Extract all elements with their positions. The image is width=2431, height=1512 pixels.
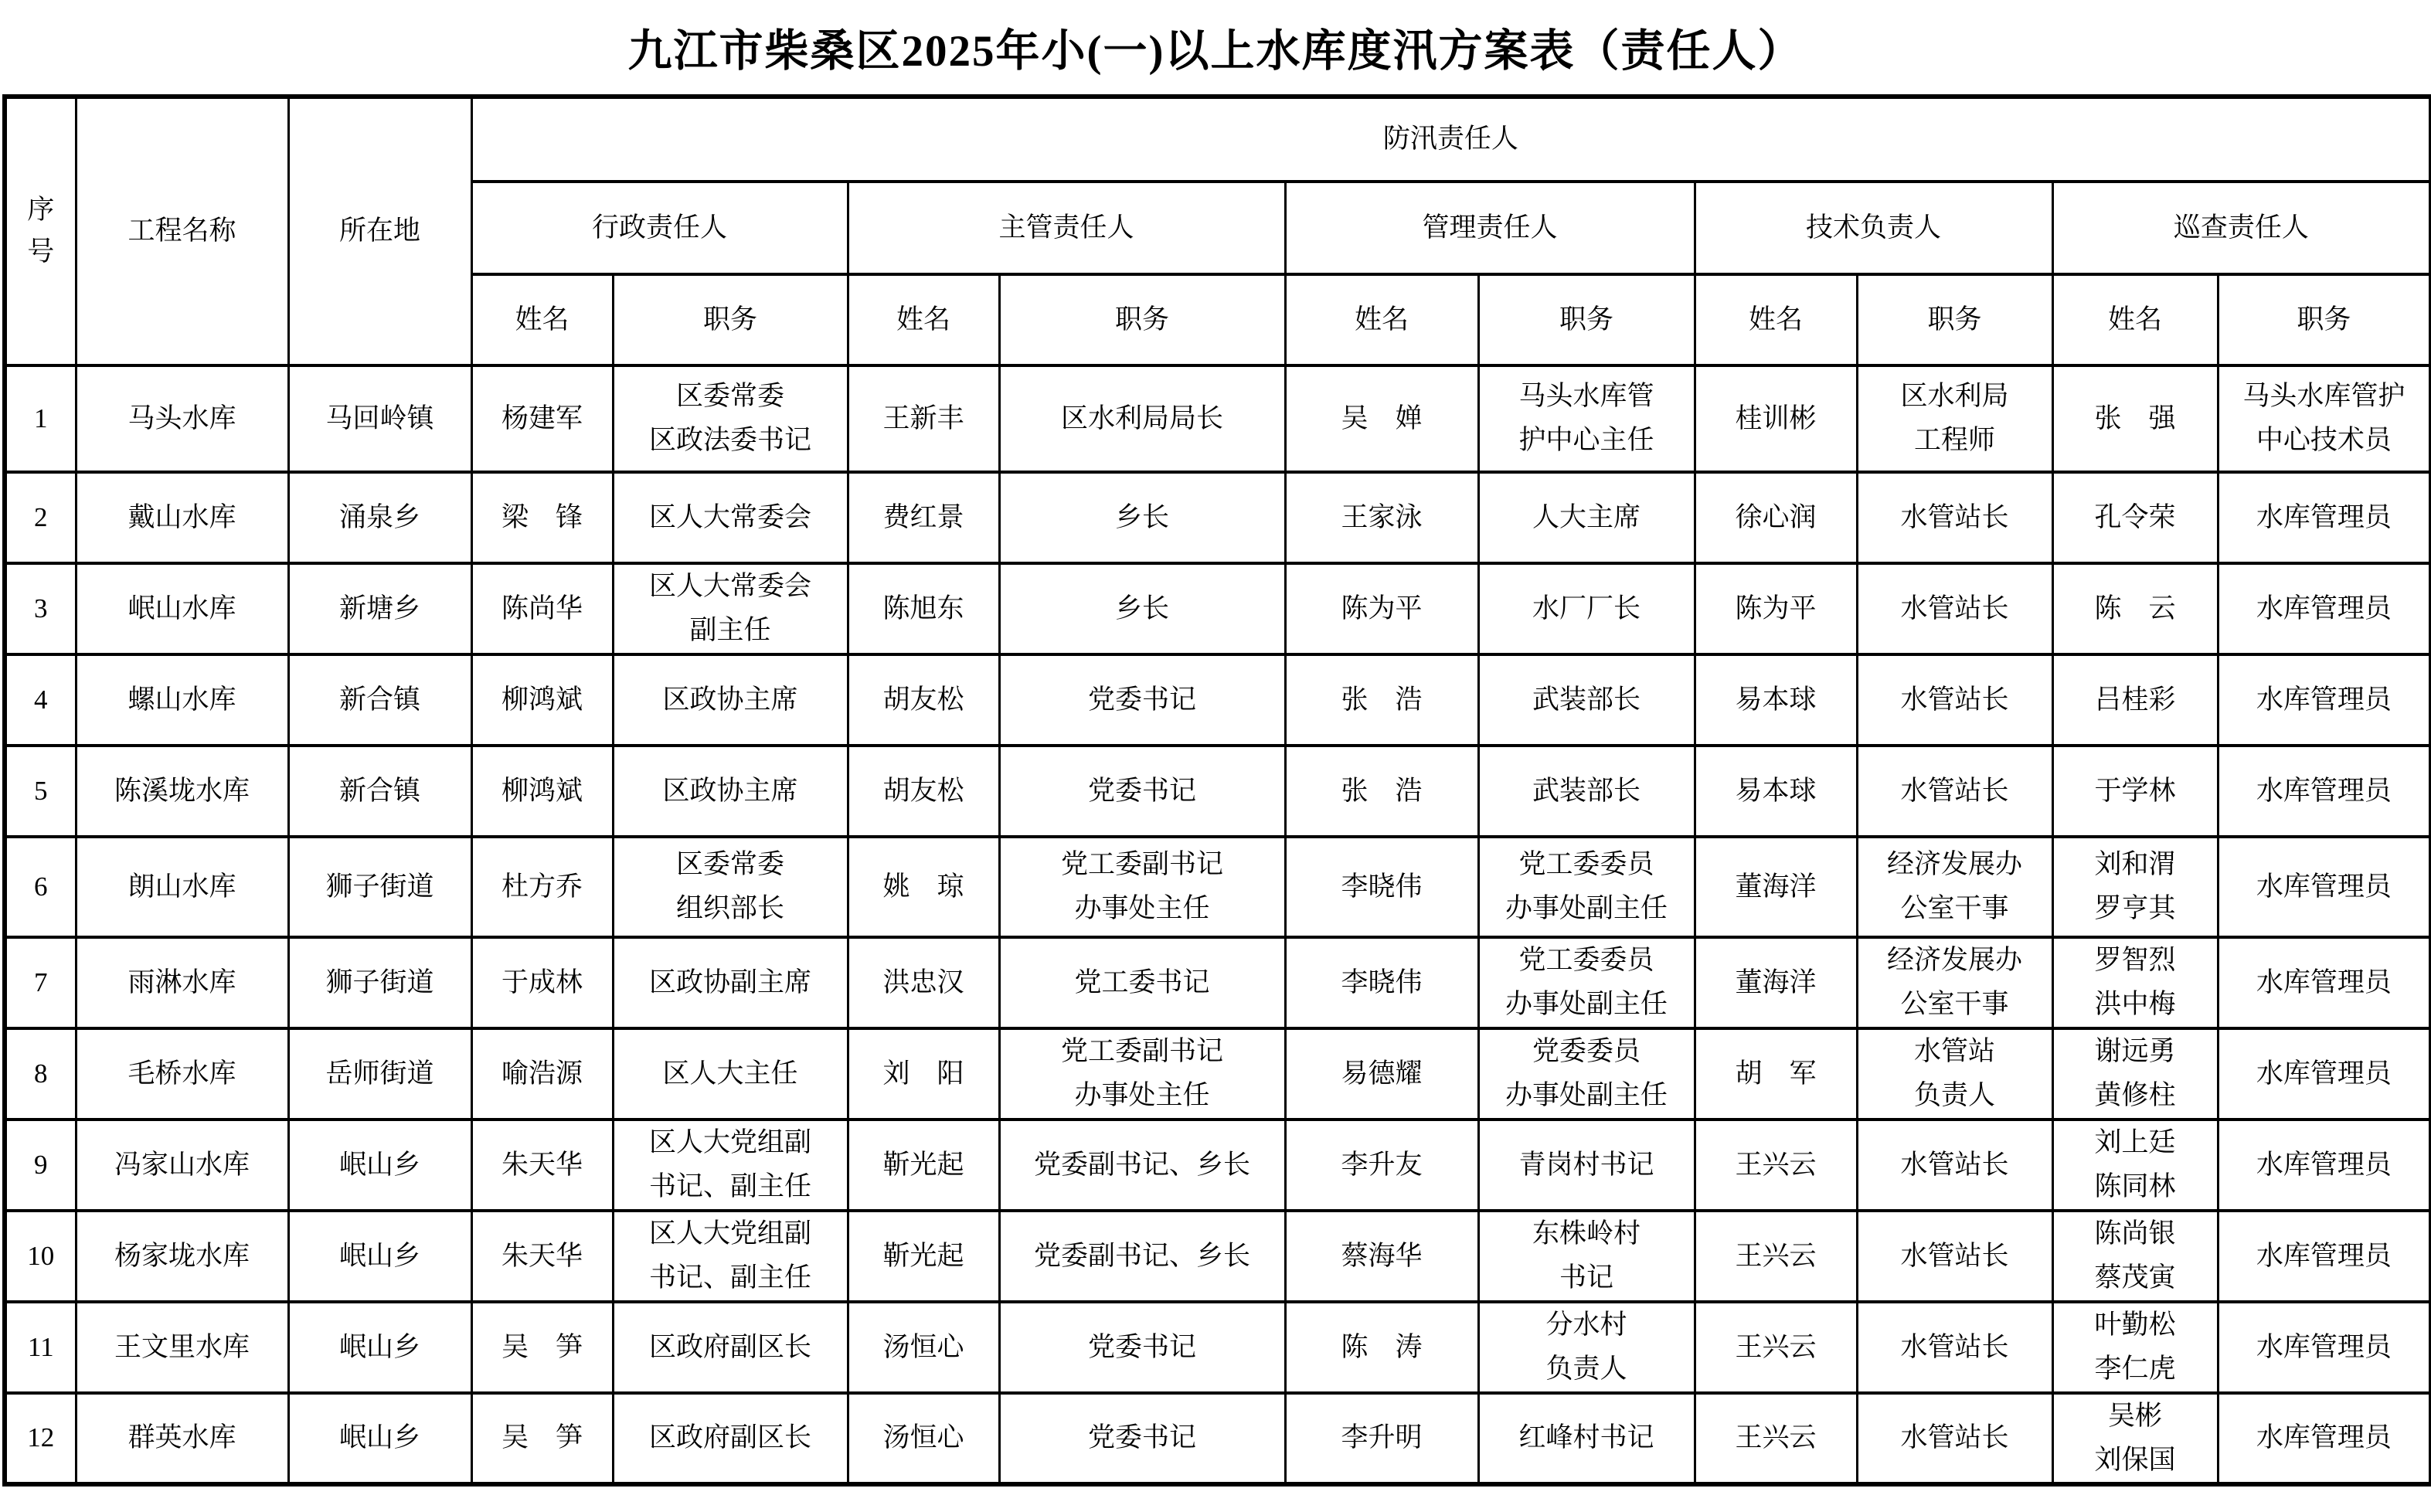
inspector-position-cell: 水库管理员 — [2218, 1302, 2431, 1393]
seq-cell: 8 — [5, 1028, 76, 1120]
header-technical-position: 职务 — [1857, 274, 2052, 365]
table-row: 12群英水库岷山乡吴 笋区政府副区长汤恒心党委书记李升明红峰村书记王兴云水管站长… — [5, 1393, 2431, 1484]
supervisor-position-cell: 区水利局局长 — [999, 365, 1285, 472]
table-row: 8毛桥水库岳师街道喻浩源区人大主任刘 阳党工委副书记 办事处主任易德耀党委委员 … — [5, 1028, 2431, 1120]
seq-cell: 9 — [5, 1120, 76, 1211]
admin-position-cell: 区政协副主席 — [613, 937, 848, 1028]
header-seq-label: 序号 — [25, 189, 56, 274]
header-row-group: 序号 工程名称 所在地 防汛责任人 — [5, 97, 2431, 182]
inspector-position-cell: 水库管理员 — [2218, 1028, 2431, 1120]
project-name-cell: 戴山水库 — [76, 472, 288, 563]
manager-name-cell: 张 浩 — [1285, 746, 1478, 837]
location-cell: 新塘乡 — [288, 563, 471, 654]
supervisor-position-cell: 党工委副书记 办事处主任 — [999, 1028, 1285, 1120]
admin-name-cell: 喻浩源 — [471, 1028, 613, 1120]
manager-position-cell: 红峰村书记 — [1478, 1393, 1695, 1484]
inspector-name-cell: 谢远勇 黄修柱 — [2052, 1028, 2218, 1120]
supervisor-name-cell: 胡友松 — [848, 654, 999, 746]
location-cell: 狮子街道 — [288, 837, 471, 937]
manager-position-cell: 党工委委员 办事处副主任 — [1478, 937, 1695, 1028]
manager-position-cell: 水厂厂长 — [1478, 563, 1695, 654]
manager-position-cell: 党委委员 办事处副主任 — [1478, 1028, 1695, 1120]
header-manager-name: 姓名 — [1285, 274, 1478, 365]
table-row: 2戴山水库涌泉乡梁 锋区人大常委会费红景乡长王家泳人大主席徐心润水管站长孔令荣水… — [5, 472, 2431, 563]
seq-cell: 7 — [5, 937, 76, 1028]
page-title: 九江市柴桑区2025年小(一)以上水库度汛方案表（责任人） — [0, 0, 2431, 94]
inspector-position-cell: 水库管理员 — [2218, 563, 2431, 654]
header-technical-responsible: 技术负责人 — [1695, 182, 2052, 274]
manager-name-cell: 李晓伟 — [1285, 837, 1478, 937]
project-name-cell: 毛桥水库 — [76, 1028, 288, 1120]
supervisor-position-cell: 党工委副书记 办事处主任 — [999, 837, 1285, 937]
location-cell: 岷山乡 — [288, 1120, 471, 1211]
supervisor-position-cell: 党委副书记、乡长 — [999, 1120, 1285, 1211]
header-project-name: 工程名称 — [76, 97, 288, 365]
location-cell: 岷山乡 — [288, 1302, 471, 1393]
supervisor-name-cell: 汤恒心 — [848, 1302, 999, 1393]
manager-name-cell: 易德耀 — [1285, 1028, 1478, 1120]
manager-position-cell: 青岗村书记 — [1478, 1120, 1695, 1211]
header-supervisor-name: 姓名 — [848, 274, 999, 365]
inspector-name-cell: 罗智烈 洪中梅 — [2052, 937, 2218, 1028]
admin-name-cell: 吴 笋 — [471, 1302, 613, 1393]
supervisor-position-cell: 党委书记 — [999, 1302, 1285, 1393]
location-cell: 岳师街道 — [288, 1028, 471, 1120]
seq-cell: 2 — [5, 472, 76, 563]
technical-position-cell: 水管站长 — [1857, 1120, 2052, 1211]
reservoir-responsibility-table: 序号 工程名称 所在地 防汛责任人 行政责任人 主管责任人 管理责任人 技术负责… — [2, 94, 2431, 1487]
technical-position-cell: 水管站长 — [1857, 1211, 2052, 1302]
table-row: 5陈溪垅水库新合镇柳鸿斌区政协主席胡友松党委书记张 浩武装部长易本球水管站长于学… — [5, 746, 2431, 837]
inspector-position-cell: 水库管理员 — [2218, 1393, 2431, 1484]
seq-cell: 1 — [5, 365, 76, 472]
inspector-position-cell: 水库管理员 — [2218, 1120, 2431, 1211]
supervisor-position-cell: 党委副书记、乡长 — [999, 1211, 1285, 1302]
technical-position-cell: 水管站 负责人 — [1857, 1028, 2052, 1120]
table-row: 3岷山水库新塘乡陈尚华区人大常委会 副主任陈旭东乡长陈为平水厂厂长陈为平水管站长… — [5, 563, 2431, 654]
manager-name-cell: 李升明 — [1285, 1393, 1478, 1484]
supervisor-position-cell: 党工委书记 — [999, 937, 1285, 1028]
table-row: 10杨家垅水库岷山乡朱天华区人大党组副 书记、副主任靳光起党委副书记、乡长蔡海华… — [5, 1211, 2431, 1302]
project-name-cell: 杨家垅水库 — [76, 1211, 288, 1302]
technical-name-cell: 易本球 — [1695, 746, 1857, 837]
supervisor-name-cell: 靳光起 — [848, 1211, 999, 1302]
supervisor-name-cell: 王新丰 — [848, 365, 999, 472]
header-responsible-group: 防汛责任人 — [471, 97, 2431, 182]
header-inspector-position: 职务 — [2218, 274, 2431, 365]
technical-position-cell: 水管站长 — [1857, 746, 2052, 837]
inspector-name-cell: 于学林 — [2052, 746, 2218, 837]
table-row: 6朗山水库狮子街道杜方乔区委常委 组织部长姚 琼党工委副书记 办事处主任李晓伟党… — [5, 837, 2431, 937]
technical-position-cell: 水管站长 — [1857, 563, 2052, 654]
project-name-cell: 冯家山水库 — [76, 1120, 288, 1211]
supervisor-name-cell: 刘 阳 — [848, 1028, 999, 1120]
admin-position-cell: 区人大常委会 副主任 — [613, 563, 848, 654]
project-name-cell: 陈溪垅水库 — [76, 746, 288, 837]
technical-position-cell: 区水利局 工程师 — [1857, 365, 2052, 472]
location-cell: 新合镇 — [288, 746, 471, 837]
header-admin-name: 姓名 — [471, 274, 613, 365]
manager-name-cell: 李晓伟 — [1285, 937, 1478, 1028]
table-header: 序号 工程名称 所在地 防汛责任人 行政责任人 主管责任人 管理责任人 技术负责… — [5, 97, 2431, 365]
seq-cell: 4 — [5, 654, 76, 746]
technical-name-cell: 徐心润 — [1695, 472, 1857, 563]
header-manager-position: 职务 — [1478, 274, 1695, 365]
project-name-cell: 岷山水库 — [76, 563, 288, 654]
manager-name-cell: 陈为平 — [1285, 563, 1478, 654]
inspector-name-cell: 孔令荣 — [2052, 472, 2218, 563]
table-row: 11王文里水库岷山乡吴 笋区政府副区长汤恒心党委书记陈 涛分水村 负责人王兴云水… — [5, 1302, 2431, 1393]
header-technical-name: 姓名 — [1695, 274, 1857, 365]
supervisor-name-cell: 靳光起 — [848, 1120, 999, 1211]
technical-name-cell: 陈为平 — [1695, 563, 1857, 654]
location-cell: 马回岭镇 — [288, 365, 471, 472]
header-inspector-responsible: 巡查责任人 — [2052, 182, 2431, 274]
inspector-position-cell: 水库管理员 — [2218, 746, 2431, 837]
manager-name-cell: 吴 婵 — [1285, 365, 1478, 472]
technical-position-cell: 水管站长 — [1857, 654, 2052, 746]
header-manager-responsible: 管理责任人 — [1285, 182, 1695, 274]
seq-cell: 6 — [5, 837, 76, 937]
location-cell: 岷山乡 — [288, 1211, 471, 1302]
inspector-position-cell: 水库管理员 — [2218, 937, 2431, 1028]
technical-name-cell: 桂训彬 — [1695, 365, 1857, 472]
table-row: 1马头水库马回岭镇杨建军区委常委 区政法委书记王新丰区水利局局长吴 婵马头水库管… — [5, 365, 2431, 472]
project-name-cell: 王文里水库 — [76, 1302, 288, 1393]
manager-name-cell: 王家泳 — [1285, 472, 1478, 563]
project-name-cell: 马头水库 — [76, 365, 288, 472]
admin-name-cell: 杨建军 — [471, 365, 613, 472]
inspector-name-cell: 陈尚银 蔡茂寅 — [2052, 1211, 2218, 1302]
supervisor-name-cell: 姚 琼 — [848, 837, 999, 937]
admin-position-cell: 区政协主席 — [613, 654, 848, 746]
manager-position-cell: 人大主席 — [1478, 472, 1695, 563]
manager-name-cell: 李升友 — [1285, 1120, 1478, 1211]
admin-position-cell: 区委常委 区政法委书记 — [613, 365, 848, 472]
admin-name-cell: 柳鸿斌 — [471, 654, 613, 746]
seq-cell: 12 — [5, 1393, 76, 1484]
admin-name-cell: 陈尚华 — [471, 563, 613, 654]
admin-position-cell: 区人大党组副 书记、副主任 — [613, 1211, 848, 1302]
technical-position-cell: 水管站长 — [1857, 472, 2052, 563]
inspector-name-cell: 陈 云 — [2052, 563, 2218, 654]
location-cell: 狮子街道 — [288, 937, 471, 1028]
admin-name-cell: 朱天华 — [471, 1120, 613, 1211]
technical-position-cell: 水管站长 — [1857, 1393, 2052, 1484]
supervisor-position-cell: 乡长 — [999, 563, 1285, 654]
supervisor-position-cell: 乡长 — [999, 472, 1285, 563]
inspector-name-cell: 刘和渭 罗亨其 — [2052, 837, 2218, 937]
technical-name-cell: 胡 军 — [1695, 1028, 1857, 1120]
inspector-name-cell: 张 强 — [2052, 365, 2218, 472]
header-inspector-name: 姓名 — [2052, 274, 2218, 365]
table-row: 7雨淋水库狮子街道于成林区政协副主席洪忠汉党工委书记李晓伟党工委委员 办事处副主… — [5, 937, 2431, 1028]
seq-cell: 5 — [5, 746, 76, 837]
technical-name-cell: 王兴云 — [1695, 1393, 1857, 1484]
technical-position-cell: 经济发展办 公室干事 — [1857, 837, 2052, 937]
project-name-cell: 朗山水库 — [76, 837, 288, 937]
project-name-cell: 群英水库 — [76, 1393, 288, 1484]
supervisor-name-cell: 陈旭东 — [848, 563, 999, 654]
header-supervisor-responsible: 主管责任人 — [848, 182, 1285, 274]
seq-cell: 11 — [5, 1302, 76, 1393]
supervisor-position-cell: 党委书记 — [999, 654, 1285, 746]
header-admin-position: 职务 — [613, 274, 848, 365]
admin-position-cell: 区人大党组副 书记、副主任 — [613, 1120, 848, 1211]
admin-name-cell: 朱天华 — [471, 1211, 613, 1302]
technical-name-cell: 易本球 — [1695, 654, 1857, 746]
technical-name-cell: 王兴云 — [1695, 1120, 1857, 1211]
technical-name-cell: 王兴云 — [1695, 1302, 1857, 1393]
location-cell: 涌泉乡 — [288, 472, 471, 563]
technical-position-cell: 水管站长 — [1857, 1302, 2052, 1393]
supervisor-name-cell: 洪忠汉 — [848, 937, 999, 1028]
admin-name-cell: 杜方乔 — [471, 837, 613, 937]
inspector-name-cell: 吕桂彩 — [2052, 654, 2218, 746]
supervisor-name-cell: 费红景 — [848, 472, 999, 563]
technical-name-cell: 王兴云 — [1695, 1211, 1857, 1302]
inspector-name-cell: 吴彬 刘保国 — [2052, 1393, 2218, 1484]
header-admin-responsible: 行政责任人 — [471, 182, 848, 274]
admin-name-cell: 梁 锋 — [471, 472, 613, 563]
inspector-position-cell: 水库管理员 — [2218, 1211, 2431, 1302]
header-location: 所在地 — [288, 97, 471, 365]
technical-name-cell: 董海洋 — [1695, 937, 1857, 1028]
table-row: 4螺山水库新合镇柳鸿斌区政协主席胡友松党委书记张 浩武装部长易本球水管站长吕桂彩… — [5, 654, 2431, 746]
supervisor-position-cell: 党委书记 — [999, 746, 1285, 837]
manager-position-cell: 武装部长 — [1478, 746, 1695, 837]
manager-position-cell: 东株岭村 书记 — [1478, 1211, 1695, 1302]
manager-position-cell: 党工委委员 办事处副主任 — [1478, 837, 1695, 937]
inspector-position-cell: 水库管理员 — [2218, 654, 2431, 746]
supervisor-name-cell: 胡友松 — [848, 746, 999, 837]
inspector-position-cell: 马头水库管护 中心技术员 — [2218, 365, 2431, 472]
admin-name-cell: 吴 笋 — [471, 1393, 613, 1484]
location-cell: 岷山乡 — [288, 1393, 471, 1484]
inspector-position-cell: 水库管理员 — [2218, 837, 2431, 937]
manager-name-cell: 张 浩 — [1285, 654, 1478, 746]
supervisor-position-cell: 党委书记 — [999, 1393, 1285, 1484]
seq-cell: 10 — [5, 1211, 76, 1302]
manager-name-cell: 陈 涛 — [1285, 1302, 1478, 1393]
admin-position-cell: 区政协主席 — [613, 746, 848, 837]
admin-position-cell: 区委常委 组织部长 — [613, 837, 848, 937]
supervisor-name-cell: 汤恒心 — [848, 1393, 999, 1484]
technical-name-cell: 董海洋 — [1695, 837, 1857, 937]
location-cell: 新合镇 — [288, 654, 471, 746]
header-supervisor-position: 职务 — [999, 274, 1285, 365]
reservoir-table-body: 1马头水库马回岭镇杨建军区委常委 区政法委书记王新丰区水利局局长吴 婵马头水库管… — [5, 365, 2431, 1484]
manager-name-cell: 蔡海华 — [1285, 1211, 1478, 1302]
admin-position-cell: 区人大常委会 — [613, 472, 848, 563]
inspector-name-cell: 叶勤松 李仁虎 — [2052, 1302, 2218, 1393]
admin-position-cell: 区政府副区长 — [613, 1393, 848, 1484]
manager-position-cell: 马头水库管 护中心主任 — [1478, 365, 1695, 472]
inspector-position-cell: 水库管理员 — [2218, 472, 2431, 563]
inspector-name-cell: 刘上廷 陈同林 — [2052, 1120, 2218, 1211]
admin-position-cell: 区人大主任 — [613, 1028, 848, 1120]
table-row: 9冯家山水库岷山乡朱天华区人大党组副 书记、副主任靳光起党委副书记、乡长李升友青… — [5, 1120, 2431, 1211]
admin-name-cell: 柳鸿斌 — [471, 746, 613, 837]
seq-cell: 3 — [5, 563, 76, 654]
header-seq: 序号 — [5, 97, 76, 365]
manager-position-cell: 武装部长 — [1478, 654, 1695, 746]
admin-position-cell: 区政府副区长 — [613, 1302, 848, 1393]
document-page: 九江市柴桑区2025年小(一)以上水库度汛方案表（责任人） 序号 工程名称 所在… — [0, 0, 2431, 1512]
technical-position-cell: 经济发展办 公室干事 — [1857, 937, 2052, 1028]
project-name-cell: 雨淋水库 — [76, 937, 288, 1028]
project-name-cell: 螺山水库 — [76, 654, 288, 746]
admin-name-cell: 于成林 — [471, 937, 613, 1028]
manager-position-cell: 分水村 负责人 — [1478, 1302, 1695, 1393]
